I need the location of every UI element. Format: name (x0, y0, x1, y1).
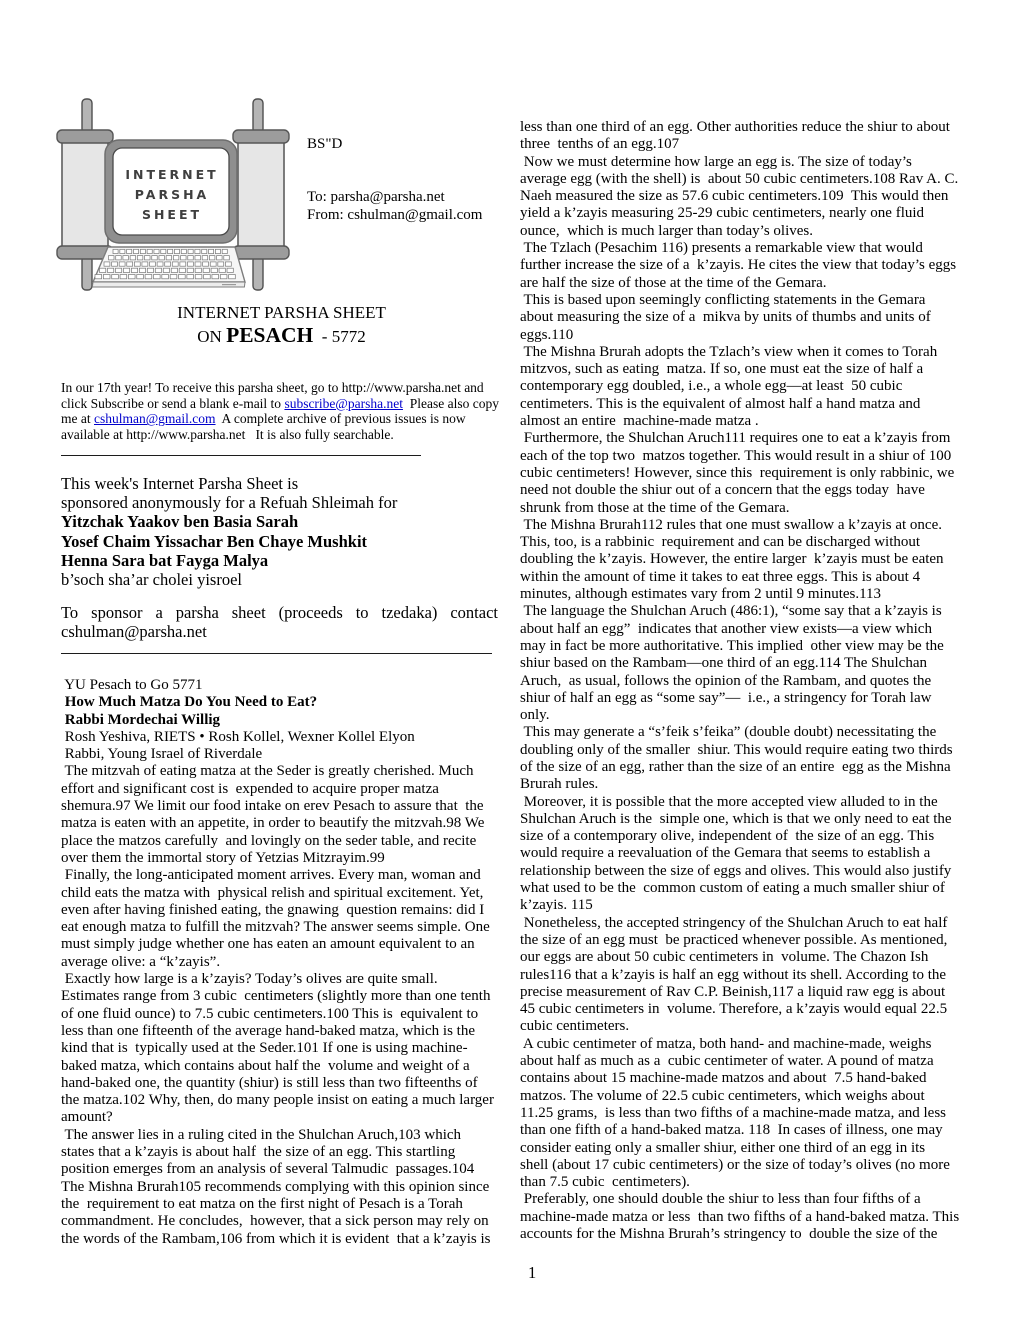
text-line: Brurah rules. (520, 776, 966, 793)
text-line: 11.25 grams, is less than two fifths of … (520, 1105, 966, 1122)
text-line: commandment. He concludes, however, that… (61, 1213, 506, 1230)
text-line: average egg (with the shell) is about 50… (520, 171, 966, 188)
text-line: sponsored anonymously for a Refuah Shlei… (61, 493, 506, 512)
text-line: place the matzos carefully and lovingly … (61, 833, 506, 850)
text-run: place the matzos carefully and lovingly … (61, 833, 476, 849)
text-line: than one fifth of a hand-baked matza. 11… (520, 1122, 966, 1139)
to-from-block: To: parsha@parsha.net From: cshulman@gma… (307, 189, 482, 224)
text-line: matza is eaten with an appetite, in orde… (61, 815, 506, 832)
text-run: me at (61, 411, 94, 426)
text-line: click Subscribe or send a blank e-mail t… (61, 396, 511, 412)
text-run: Rabbi Mordechai Willig (61, 712, 220, 728)
text-run: the requirement to eat matza on the firs… (61, 1196, 463, 1212)
text-line: size of a contemporary olive, independen… (520, 828, 966, 845)
text-run: Yitzchak Yaakov ben Basia Sarah (61, 512, 298, 531)
text-run: hand-baked one, the quantity (shiur) is … (61, 1075, 478, 1091)
text-line: This is based upon seemingly conflicting… (520, 292, 966, 309)
text-line: The Mishna Brurah adopts the Tzlach’s vi… (520, 344, 966, 361)
text-run: kind that is typically used at the Seder… (61, 1040, 468, 1056)
text-line: The Mishna Brurah105 recommends complyin… (61, 1179, 506, 1196)
text-line: yield a k’zayis measuring 25-29 cubic ce… (520, 205, 966, 222)
text-line: shell (about 17 cubic centimeters) or th… (520, 1157, 966, 1174)
text-line: contemporary egg doubled, i.e., a whole … (520, 378, 966, 395)
keyboard-icon (92, 247, 245, 287)
text-line: b’soch sha’ar cholei yisroel (61, 570, 506, 589)
text-line: must simply judge whether one has eaten … (61, 936, 506, 953)
text-run: average olive: a “k’zayis”. (61, 954, 220, 970)
text-line: Yitzchak Yaakov ben Basia Sarah (61, 512, 506, 531)
text-run: matza is eaten with an appetite, in orde… (61, 815, 484, 831)
text-line: within the amount of time it takes to ea… (520, 569, 966, 586)
roller-body-icon (62, 139, 108, 251)
text-run: states that a k’zayis is about half the … (61, 1144, 455, 1160)
text-line: The Mishna Brurah112 rules that one must… (520, 517, 966, 534)
page-number: 1 (528, 1263, 536, 1283)
title-line1: INTERNET PARSHA SHEET (61, 303, 502, 323)
text-line: Henna Sara bat Fayga Malya (61, 551, 506, 570)
text-line: what used to be the common custom of eat… (520, 880, 966, 897)
email-link[interactable]: subscribe@parsha.net (284, 396, 403, 411)
title-year: - 5772 (313, 327, 365, 346)
text-run: must simply judge whether one has eaten … (61, 936, 475, 952)
page-title: INTERNET PARSHA SHEET ON PESACH - 5772 (61, 303, 502, 349)
text-line: almost an entire machine-made matza . (520, 413, 966, 430)
text-run: amount? (61, 1109, 113, 1125)
text-line: Rabbi Mordechai Willig (61, 712, 506, 729)
text-line: Aruch, as usual, follows the opinion of … (520, 673, 966, 690)
text-line: need not double the shiur out of a conce… (520, 482, 966, 499)
text-line: available at http://www.parsha.net It is… (61, 427, 511, 443)
text-line: Yosef Chaim Yissachar Ben Chaye Mushkit (61, 532, 506, 551)
bsd-label: BS"D (307, 136, 342, 153)
text-line: kind that is typically used at the Seder… (61, 1040, 506, 1057)
text-run: available at http://www.parsha.net It is… (61, 427, 394, 442)
internet-parsha-sheet-logo: INTERNET PARSHA SHEET (56, 96, 296, 292)
to-label: To: parsha@parsha.net (307, 189, 482, 207)
right-roller-icon (233, 99, 289, 290)
roller-cap-icon (57, 130, 113, 143)
text-line: This, too, is a rabbinic requirement and… (520, 534, 966, 551)
text-line: Nonetheless, the accepted stringency of … (520, 915, 966, 932)
text-line: k’zayis. 115 (520, 897, 966, 914)
text-line: of the size of an egg, rather than the s… (520, 759, 966, 776)
text-line: Rosh Yeshiva, RIETS • Rosh Kollel, Wexne… (61, 729, 506, 746)
text-line: cubic centimeters! However, since this r… (520, 465, 966, 482)
text-line: me at cshulman@gmail.com A complete arch… (61, 411, 511, 427)
text-line: shiur of half an egg as “some say”— i.e.… (520, 690, 966, 707)
title-pesach: PESACH (226, 323, 313, 347)
text-line: mitzvos, such as eating matza. If so, on… (520, 361, 966, 378)
text-line: Moreover, it is possible that the more a… (520, 794, 966, 811)
text-line: amount? (61, 1109, 506, 1126)
text-line: the size of an egg must be practiced whe… (520, 932, 966, 949)
text-run: over them the immortal story of Yetzias … (61, 850, 385, 866)
text-run: child eats the matza with physical relis… (61, 885, 483, 901)
text-line: cubic centimeters. (520, 1018, 966, 1035)
text-run: How Much Matza Do You Need to Eat? (61, 694, 317, 710)
text-line: The language the Shulchan Aruch (486:1),… (520, 603, 966, 620)
text-run: Estimates range from 3 cubic centimeters… (61, 988, 490, 1004)
text-line: The Tzlach (Pesachim 116) presents a rem… (520, 240, 966, 257)
text-run: Yosef Chaim Yissachar Ben Chaye Mushkit (61, 532, 367, 551)
text-run: commandment. He concludes, however, that… (61, 1213, 489, 1229)
text-line: machine-made matza or less than two fift… (520, 1209, 966, 1226)
text-run: b’soch sha’ar cholei yisroel (61, 570, 242, 589)
text-run: click Subscribe or send a blank e-mail t… (61, 396, 284, 411)
text-run: Henna Sara bat Fayga Malya (61, 551, 268, 570)
text-line: may in fact be more authoritative. This … (520, 638, 966, 655)
text-run: Finally, the long-anticipated moment arr… (61, 867, 481, 883)
text-line: states that a k’zayis is about half the … (61, 1144, 506, 1161)
text-line: Now we must determine how large an egg i… (520, 154, 966, 171)
text-line: centimeters. This is the equivalent of a… (520, 396, 966, 413)
text-line: baked matza, which contains about half t… (61, 1058, 506, 1075)
text-run: even after having finished eating, the g… (61, 902, 484, 918)
contact-line2: cshulman@parsha.net (61, 622, 498, 641)
text-line: The mitzvah of eating matza at the Seder… (61, 763, 506, 780)
text-line: Estimates range from 3 cubic centimeters… (61, 988, 506, 1005)
text-line: In our 17th year! To receive this parsha… (61, 380, 511, 396)
page: INTERNET PARSHA SHEET BS"D To: parsha@pa… (0, 0, 1020, 1320)
text-line: rules116 that a k’zayis is half an egg w… (520, 967, 966, 984)
text-line: would require a reevaluation of the Gema… (520, 845, 966, 862)
text-run: The answer lies in a ruling cited in the… (61, 1127, 461, 1143)
text-run: This week's Internet Parsha Sheet is (61, 474, 298, 493)
right-article-column: less than one third of an egg. Other aut… (520, 119, 966, 1243)
text-line: than 7.5 cubic centimeters). (520, 1174, 966, 1191)
subscribe-paragraph: In our 17th year! To receive this parsha… (61, 380, 511, 443)
text-line: ounce, which is much larger than today’s… (520, 223, 966, 240)
text-line: our eggs are about 50 cubic centimeters … (520, 949, 966, 966)
logo-text-line3: SHEET (142, 207, 202, 222)
logo-text-line2: PARSHA (135, 187, 209, 202)
divider-line (61, 653, 492, 654)
text-line: position emerges from an analysis of sev… (61, 1161, 506, 1178)
text-line: Furthermore, the Shulchan Aruch111 requi… (520, 430, 966, 447)
text-line: This may generate a “s’feik s’feika” (do… (520, 724, 966, 741)
title-on: ON (197, 327, 226, 346)
text-run: In our 17th year! To receive this parsha… (61, 380, 484, 395)
text-line: shiur based on the Rambam—one third of a… (520, 655, 966, 672)
text-line: each of the top two matzos together. Thi… (520, 448, 966, 465)
contact-paragraph: To sponsor a parsha sheet (proceeds to t… (61, 603, 498, 641)
roller-handle-icon (253, 256, 263, 290)
email-link[interactable]: cshulman@gmail.com (94, 411, 216, 426)
text-line: doubling only of the smaller shiur. This… (520, 742, 966, 759)
text-line: hand-baked one, the quantity (shiur) is … (61, 1075, 506, 1092)
text-line: matzos. The volume of 22.5 cubic centime… (520, 1088, 966, 1105)
text-run: less than one fifteenth of the average h… (61, 1023, 475, 1039)
text-run: the matza.102 Why, then, do many people … (61, 1092, 494, 1108)
text-run: position emerges from an analysis of sev… (61, 1161, 474, 1177)
text-line: contains about 15 machine-made matzos an… (520, 1070, 966, 1087)
text-line: over them the immortal story of Yetzias … (61, 850, 506, 867)
sponsor-paragraph: This week's Internet Parsha Sheet isspon… (61, 474, 506, 589)
text-run: Rabbi, Young Israel of Riverdale (61, 746, 262, 762)
text-run: Exactly how large is a k’zayis? Today’s … (61, 971, 438, 987)
text-line: even after having finished eating, the g… (61, 902, 506, 919)
text-run: The mitzvah of eating matza at the Seder… (61, 763, 474, 779)
text-run: shemura.97 We limit our food intake on e… (61, 798, 484, 814)
text-line: the matza.102 Why, then, do many people … (61, 1092, 506, 1109)
text-line: consider eating only a smaller shiur, ei… (520, 1140, 966, 1157)
roller-handle-icon (82, 99, 92, 133)
roller-body-icon (238, 139, 284, 251)
roller-handle-icon (82, 256, 92, 290)
text-line: This week's Internet Parsha Sheet is (61, 474, 506, 493)
left-article-column: YU Pesach to Go 5771 How Much Matza Do Y… (61, 677, 506, 1248)
text-line: the requirement to eat matza on the firs… (61, 1196, 506, 1213)
text-line: precise measurement of Rav C.P. Beinish,… (520, 984, 966, 1001)
text-line: How Much Matza Do You Need to Eat? (61, 694, 506, 711)
text-run: sponsored anonymously for a Refuah Shlei… (61, 493, 397, 512)
text-line: doubling the k’zayis. However, the entir… (520, 551, 966, 568)
text-line: eggs.110 (520, 327, 966, 344)
text-line: child eats the matza with physical relis… (61, 885, 506, 902)
text-run: YU Pesach to Go 5771 (61, 677, 203, 693)
text-line: about half an egg” indicates that anothe… (520, 621, 966, 638)
text-line: shemura.97 We limit our food intake on e… (61, 798, 506, 815)
title-line2: ON PESACH - 5772 (61, 323, 502, 349)
text-line: about measuring the size of a mikva by u… (520, 309, 966, 326)
text-line: 45 cubic centimeters in volume. Therefor… (520, 1001, 966, 1018)
text-line: only. (520, 707, 966, 724)
text-line: less than one third of an egg. Other aut… (520, 119, 966, 136)
text-line: the words of the Rambam,106 from which i… (61, 1231, 506, 1248)
text-line: Preferably, one should double the shiur … (520, 1191, 966, 1208)
text-line: minutes, although estimates vary from 2 … (520, 586, 966, 603)
text-line: shrunk from those at the time of the Gem… (520, 500, 966, 517)
text-run: Rosh Yeshiva, RIETS • Rosh Kollel, Wexne… (61, 729, 415, 745)
text-run: eat enough matza to fulfill the mitzvah?… (61, 919, 490, 935)
text-run: A complete archive of previous issues is… (216, 411, 466, 426)
text-line: relationship between the size of eggs an… (520, 863, 966, 880)
text-run: effort and significant cost is expended … (61, 781, 439, 797)
text-line: about half as much as a cubic centimeter… (520, 1053, 966, 1070)
logo-text-line1: INTERNET (125, 167, 218, 182)
text-run: of one fluid ounce) to 7.5 cubic centime… (61, 1006, 478, 1022)
divider-line (61, 455, 421, 456)
text-line: Rabbi, Young Israel of Riverdale (61, 746, 506, 763)
text-line: eat enough matza to fulfill the mitzvah?… (61, 919, 506, 936)
text-line: of one fluid ounce) to 7.5 cubic centime… (61, 1006, 506, 1023)
roller-cap-icon (233, 130, 289, 143)
text-line: accounts for the Mishna Brurah’s stringe… (520, 1226, 966, 1243)
from-label: From: cshulman@gmail.com (307, 207, 482, 225)
text-line: YU Pesach to Go 5771 (61, 677, 506, 694)
screen-icon: INTERNET PARSHA SHEET (105, 140, 237, 243)
contact-line1: To sponsor a parsha sheet (proceeds to t… (61, 603, 498, 622)
text-line: Naeh measured the size as 57.6 cubic cen… (520, 188, 966, 205)
roller-cap-icon (233, 246, 289, 259)
text-line: effort and significant cost is expended … (61, 781, 506, 798)
text-run: Please also copy (403, 396, 499, 411)
text-line: are half the size of those at the time o… (520, 275, 966, 292)
text-run: The Mishna Brurah105 recommends complyin… (61, 1179, 489, 1195)
roller-handle-icon (253, 99, 263, 133)
text-line: average olive: a “k’zayis”. (61, 954, 506, 971)
text-line: further increase the size of a k’zayis. … (520, 257, 966, 274)
text-line: Exactly how large is a k’zayis? Today’s … (61, 971, 506, 988)
text-line: Shulchan Aruch is the simple one, which … (520, 811, 966, 828)
text-line: less than one fifteenth of the average h… (61, 1023, 506, 1040)
text-line: A cubic centimeter of matza, both hand- … (520, 1036, 966, 1053)
text-run: the words of the Rambam,106 from which i… (61, 1231, 491, 1247)
text-line: The answer lies in a ruling cited in the… (61, 1127, 506, 1144)
text-run: baked matza, which contains about half t… (61, 1058, 470, 1074)
text-line: Finally, the long-anticipated moment arr… (61, 867, 506, 884)
text-line: three tenths of an egg.107 (520, 136, 966, 153)
